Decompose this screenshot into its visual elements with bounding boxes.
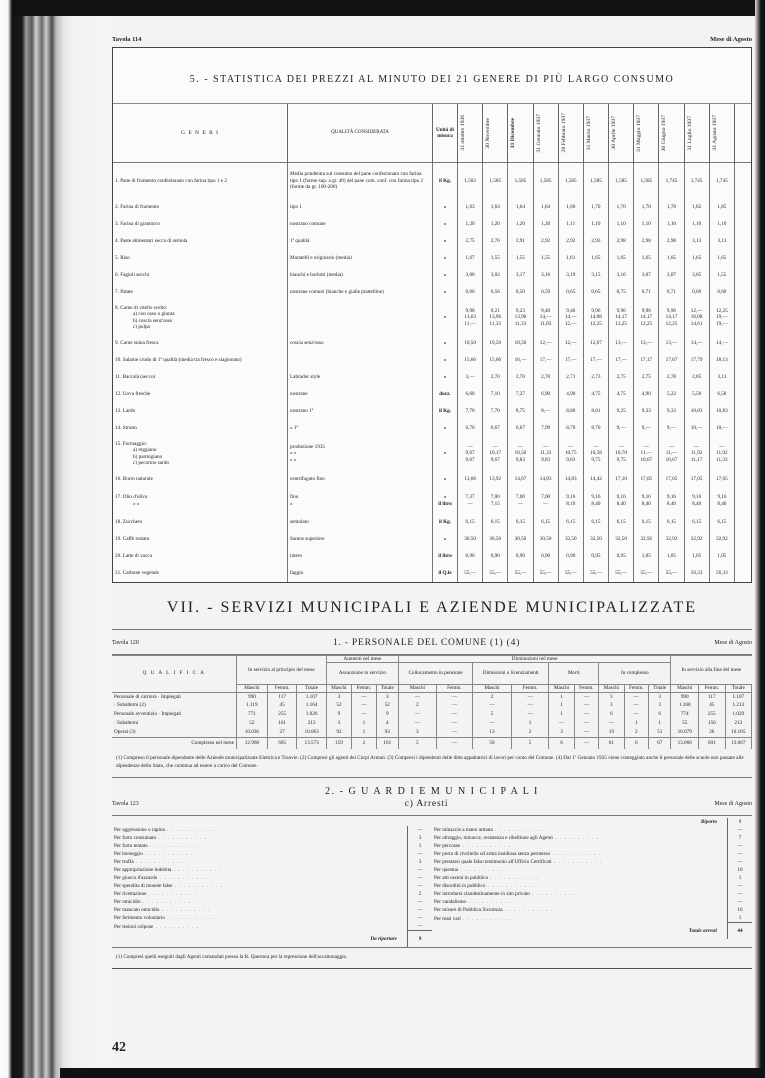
total-value: 44 <box>728 923 753 939</box>
price-value: 8,40 <box>636 501 656 508</box>
genere-cell: 11. Baccalà (secco) <box>113 369 288 386</box>
price-cell: 10,50 <box>483 335 508 352</box>
value-cell: — <box>624 701 648 710</box>
price-cell: 0,71 <box>659 284 684 301</box>
leader-dots: . . . . . . . . . . . <box>461 916 512 922</box>
price-cell: 3,15 <box>583 267 608 284</box>
price-cell: 13,— <box>609 335 634 352</box>
value-cell: — <box>436 719 472 728</box>
price-cell: 1,65 <box>684 250 709 267</box>
unita-cell: » <box>433 352 458 369</box>
price-cell: 0,65 <box>558 284 583 301</box>
arrest-label: Per lesioni colpose . . . . . . . . . . … <box>112 922 408 931</box>
price-cell: 2,78 <box>659 369 684 386</box>
price-value: — <box>460 501 480 508</box>
leader-dots: . . . . . . . . . . . <box>503 907 554 913</box>
value-cell: 6 <box>549 737 574 749</box>
price-cell: 6,15 <box>533 514 558 531</box>
list-item: Per misure di Pubblica Sicurezza . . . .… <box>432 906 752 914</box>
price-cell: 10,83 <box>709 403 734 420</box>
price-cell: 1,585 <box>533 163 558 199</box>
price-value: 11,17 <box>687 457 707 464</box>
arrest-count: 2 <box>408 890 433 898</box>
value-cell: — <box>399 719 437 728</box>
price-cell: 7,70 <box>483 403 508 420</box>
price-cell: 2,98 <box>659 233 684 250</box>
price-value: 8,40 <box>586 501 606 508</box>
value-cell: 117 <box>267 692 297 701</box>
price-cell: 6,15 <box>634 514 659 531</box>
price-cell: 9,— <box>634 420 659 437</box>
value-cell: 55 <box>671 719 699 728</box>
price-cell: 0,90 <box>533 548 558 565</box>
value-cell: — <box>436 692 472 701</box>
price-cell: 6,15 <box>583 514 608 531</box>
price-cell: 13,66 <box>458 471 483 488</box>
gender-column-header: Femm. <box>511 685 548 693</box>
value-cell: — <box>473 701 512 710</box>
price-cell: —11,9211,17 <box>684 437 709 471</box>
price-value: 19,— <box>712 321 732 328</box>
value-cell: — <box>436 710 472 719</box>
arrest-label: Per furto consumato . . . . . . . . . . … <box>112 834 408 842</box>
price-cell: 3,13 <box>709 369 734 386</box>
value-cell: — <box>574 701 598 710</box>
qualita-cell <box>288 352 433 369</box>
value-cell: 2 <box>511 728 548 737</box>
qualita-cell: nostrane <box>288 386 433 403</box>
price-cell: 3,16 <box>609 267 634 284</box>
unita-cell: » <box>433 369 458 386</box>
price-cell: 1,745 <box>684 163 709 199</box>
list-item: Per truffa . . . . . . . . . . .3 <box>112 858 432 866</box>
price-cell: 8,75 <box>508 403 533 420</box>
value-cell: 1 <box>624 719 648 728</box>
genere-label: 20. Latte di vacca <box>115 553 285 560</box>
arrest-label: Per truffa . . . . . . . . . . . <box>112 858 408 866</box>
leader-dots: . . . . . . . . . . . <box>165 827 216 833</box>
price-cell: 1,585 <box>583 163 608 199</box>
value-cell: 13.066 <box>671 737 699 749</box>
gender-column-header: Femm. <box>436 685 472 693</box>
value-cell: 2 <box>352 737 376 749</box>
scan-border-top <box>12 0 765 16</box>
value-cell: 1 <box>649 719 671 728</box>
unita-cell: » <box>433 531 458 548</box>
leader-dots: . . . . . . . . . . . <box>466 899 517 905</box>
table-row: 14. Strutto» 1ª»6,706,676,677,998,708,70… <box>113 420 751 437</box>
price-cell: 6,70 <box>458 420 483 437</box>
value-cell: 1 <box>352 728 376 737</box>
price-cell: —11,339,83 <box>533 437 558 471</box>
list-item: Per lesioni colpose . . . . . . . . . . … <box>112 922 432 931</box>
unita-cell: dozz. <box>433 386 458 403</box>
leader-dots: . . . . . . . . . . . <box>488 875 539 881</box>
col-generi: G E N E R I <box>113 104 288 163</box>
price-cell: 1,65 <box>709 250 734 267</box>
genere-sublabel: c) polpa <box>115 324 285 331</box>
arrest-label-text: Per furto consumato <box>114 835 156 841</box>
col-assunzione: Assunzione in servizio <box>326 663 398 685</box>
gender-column-header: Totale <box>649 685 671 693</box>
list-item: Per furto consumato . . . . . . . . . . … <box>112 834 432 842</box>
arrest-label-text: Per appropriazione indebita <box>114 867 171 873</box>
price-cell: 3,07 <box>634 267 659 284</box>
arrest-count: — <box>408 882 433 890</box>
price-cell: 6,15 <box>659 514 684 531</box>
empty-cell <box>735 267 752 284</box>
value-cell: 3 <box>376 692 398 701</box>
price-value: 11,33 <box>485 321 505 328</box>
price-cell: 7,00— <box>508 488 533 514</box>
qualita-cell: semolato <box>288 514 433 531</box>
table-number: Tavola 120 <box>112 640 139 646</box>
arrest-count: — <box>408 914 433 922</box>
price-cell: 1,585 <box>609 163 634 199</box>
col-month: 30 Aprile 1937 <box>609 104 634 163</box>
price-cell: 9,— <box>609 420 634 437</box>
list-item: Per percosse . . . . . . . . . . .— <box>432 842 752 850</box>
arrest-count: — <box>728 826 753 834</box>
price-value: 10,67 <box>636 457 656 464</box>
value-cell: 19 <box>599 728 624 737</box>
value-cell: — <box>574 737 598 749</box>
price-cell: 30,50 <box>508 531 533 548</box>
leader-dots: . . . . . . . . . . . <box>550 851 601 857</box>
arrest-label-text: Per questua <box>434 867 458 873</box>
table-row: 17. Olio d'oliva» »fino»»il litro7,37—7,… <box>113 488 751 514</box>
value-cell: 10.063 <box>297 728 326 737</box>
price-cell: 1,70 <box>634 199 659 216</box>
arresti-footnote: (1) Compresi quelli eseguiti dagli Agent… <box>112 948 752 969</box>
leader-dots: . . . . . . . . . . . <box>146 891 197 897</box>
list-item: Per borseggio . . . . . . . . . . .— <box>112 850 432 858</box>
price-cell: 9,168,10 <box>558 488 583 514</box>
price-cell: 0,56 <box>483 284 508 301</box>
value-cell: 52 <box>237 719 268 728</box>
value-cell: 1 <box>511 719 548 728</box>
genere-cell: 4. Paste alimentari secca di semola <box>113 233 288 250</box>
col-month: 31 ottobre 1936 <box>458 104 483 163</box>
total-row: Complesso nel mese12.96860513.5731592161… <box>112 737 752 749</box>
qualita-cell: nostrano 1ª <box>288 403 433 420</box>
gender-column-header: Femm. <box>352 685 376 693</box>
arrest-label: Per introdursi clandestinamente in sito … <box>432 890 728 898</box>
arresti-header: Tavola 123 c) Arresti Mese di Agosto <box>112 797 752 816</box>
price-cell: 5,22 <box>659 386 684 403</box>
price-cell: 13,— <box>634 335 659 352</box>
leader-dots: . . . . . . . . . . . <box>134 859 185 865</box>
value-cell: 45 <box>699 701 726 710</box>
value-cell: 1.107 <box>725 692 751 701</box>
price-cell: 1,11 <box>558 216 583 233</box>
price-cell: 2,71 <box>558 369 583 386</box>
value-cell: 67 <box>649 737 671 749</box>
price-cell: —10,509,83 <box>508 437 533 471</box>
price-cell: 12,67 <box>583 335 608 352</box>
price-cell: 13,92 <box>483 471 508 488</box>
value-cell: — <box>473 719 512 728</box>
genere-cell: 20. Latte di vacca <box>113 548 288 565</box>
gender-column-header: Maschi <box>326 685 351 693</box>
qualita-line: » <box>290 501 430 508</box>
value-cell: 26 <box>699 728 726 737</box>
qualita-line: » » <box>290 457 430 464</box>
price-cell: 14,42 <box>583 471 608 488</box>
value-cell: 1 <box>549 692 574 701</box>
unita-cell: il litro <box>433 548 458 565</box>
arrest-label: Per furto tentato . . . . . . . . . . . <box>112 842 408 850</box>
price-cell: 9,33 <box>634 403 659 420</box>
price-cell: —11,—10,67 <box>659 437 684 471</box>
price-value: 11,33 <box>712 457 732 464</box>
list-item: Per atti osceni in pubblico . . . . . . … <box>432 874 752 882</box>
price-cell: 2,70 <box>483 369 508 386</box>
prices-table-box: 5. - STATISTICA DEI PREZZI AL MINUTO DEI… <box>112 47 752 583</box>
qualita-cell: produzione 1935» »» » <box>288 437 433 471</box>
value-cell: 5 <box>511 737 548 749</box>
gender-column-header: Maschi <box>671 685 699 693</box>
value-cell: 117 <box>699 692 726 701</box>
gender-column-header: Maschi <box>473 685 512 693</box>
price-cell: 17,05 <box>709 471 734 488</box>
price-cell: 1,20 <box>483 216 508 233</box>
arrest-count: — <box>728 898 753 906</box>
price-cell: 12,— <box>533 335 558 352</box>
price-cell: 1,585 <box>508 163 533 199</box>
value-cell: 3 <box>649 701 671 710</box>
arrest-count: — <box>408 826 433 834</box>
table-row: 13. Lardonostrano 1ªil Kg.7,707,708,758,… <box>113 403 751 420</box>
personale-footnote: (1) Compreso il personale dipendente del… <box>112 749 752 778</box>
price-cell: 3,19 <box>558 267 583 284</box>
value-cell: 61 <box>599 737 624 749</box>
qualifica-cell: Personale avventizio · Impiegati <box>112 710 237 719</box>
price-cell: 2,75 <box>609 369 634 386</box>
empty-cell <box>735 548 752 565</box>
riporto-label: Riporto <box>432 818 728 826</box>
genere-label: 1. Pane di frumento confezionato con far… <box>115 178 285 185</box>
price-cell: —9,679,67 <box>458 437 483 471</box>
price-cell: 10,50 <box>458 335 483 352</box>
arrest-count: — <box>728 882 753 890</box>
arrest-count: 1 <box>408 842 433 850</box>
value-cell: 10.079 <box>671 728 699 737</box>
prices-table: G E N E R I QUALITÀ CONSIDERATA Unità di… <box>113 104 751 582</box>
arrest-label: Per mancato omicidio . . . . . . . . . .… <box>112 906 408 914</box>
empty-cell <box>735 301 752 335</box>
arrest-count: — <box>408 874 433 882</box>
gender-column-header: Femm. <box>624 685 648 693</box>
price-cell: 1,78 <box>659 199 684 216</box>
price-cell: —11,—10,67 <box>634 437 659 471</box>
price-cell: 17,— <box>533 352 558 369</box>
value-cell: 13.573 <box>297 737 326 749</box>
price-cell: 32,92 <box>634 531 659 548</box>
qualita-cell: nostrano comune <box>288 216 433 233</box>
unita-cell: » <box>433 471 458 488</box>
price-cell: —10,759,83 <box>558 437 583 471</box>
table-row: 15. Formaggio:a) reggianob) parmigianoc)… <box>113 437 751 471</box>
col-unita: Unità di misura <box>433 104 458 163</box>
col-month: 30 Novembre <box>483 104 508 163</box>
genere-cell: 7. Patate <box>113 284 288 301</box>
col-month: 31 Agosto 1937 <box>709 104 734 163</box>
price-value: 9,83 <box>510 457 530 464</box>
leader-dots: . . . . . . . . . . . <box>173 883 224 889</box>
price-value: 12,25 <box>611 321 631 328</box>
price-cell: 9,168,40 <box>684 488 709 514</box>
genere-label: 7. Patate <box>115 289 285 296</box>
price-cell: 15,66 <box>483 352 508 369</box>
col-month: 31 Dicembre <box>508 104 533 163</box>
price-cell: 1,55 <box>533 250 558 267</box>
price-cell: 3,— <box>458 369 483 386</box>
genere-cell: 3. Farina di granturco <box>113 216 288 233</box>
col-collocamento: Collocamento in pensione <box>399 663 473 685</box>
table-row: 12. Uova freschenostranedozz.6,607,107,2… <box>113 386 751 403</box>
price-cell: 1,82 <box>684 199 709 216</box>
gender-column-header: Maschi <box>549 685 574 693</box>
table-row: 8. Carne di vitello scelto:a) con osso o… <box>113 301 751 335</box>
value-cell: 45 <box>267 701 297 710</box>
document-page: Tavola 114 Mese di Agosto 5. - STATISTIC… <box>112 36 752 1068</box>
price-cell: 9,168,40 <box>583 488 608 514</box>
table-row: 20. Latte di vaccainteroil litro0,900,90… <box>113 548 751 565</box>
price-cell: 15,66 <box>458 352 483 369</box>
price-cell: 30,50 <box>483 531 508 548</box>
leader-dots: . . . . . . . . . . . <box>160 907 211 913</box>
value-cell: 3 <box>549 728 574 737</box>
value-cell: 601 <box>699 737 726 749</box>
price-cell: 3,13 <box>709 233 734 250</box>
price-value: 10,67 <box>661 457 681 464</box>
price-cell: 1,05 <box>659 548 684 565</box>
price-cell: 1,745 <box>659 163 684 199</box>
genere-label: 4. Paste alimentari secca di semola <box>115 238 285 245</box>
value-cell: 159 <box>326 737 351 749</box>
unita-cell: » <box>433 216 458 233</box>
genere-cell: 2. Farina di frumento <box>113 199 288 216</box>
scan-border-bottom <box>60 1068 765 1078</box>
list-item: Per reati vari . . . . . . . . . . .1 <box>432 914 752 923</box>
leader-dots: . . . . . . . . . . . <box>165 915 216 921</box>
price-value: 9,67 <box>485 457 505 464</box>
leader-dots: . . . . . . . . . . . <box>460 843 511 849</box>
value-cell: 12.968 <box>237 737 268 749</box>
list-item: Per aggressione o rapina . . . . . . . .… <box>112 826 432 834</box>
price-cell: 2,85 <box>684 369 709 386</box>
price-cell: 9,9614,0812,25 <box>583 301 608 335</box>
value-cell: 10.036 <box>237 728 268 737</box>
arrest-label-text: Per atti osceni in pubblico <box>434 875 488 881</box>
price-cell: 9,9614,1712,25 <box>659 301 684 335</box>
arrest-label-text: Per ferimento volontario <box>114 915 165 921</box>
col-empty <box>735 104 752 163</box>
arrest-count: 1 <box>728 914 753 923</box>
arrest-count: — <box>728 842 753 850</box>
table-row: 4. Paste alimentari secca di semola1ª qu… <box>113 233 751 250</box>
value-cell: 9 <box>376 710 398 719</box>
price-cell: 1,85 <box>709 199 734 216</box>
empty-cell <box>735 471 752 488</box>
qualita-cell: Labrador style <box>288 369 433 386</box>
arrest-label-text: Per mancato omicidio <box>114 907 160 913</box>
price-value: 11,33 <box>510 321 530 328</box>
list-item: Per mancato omicidio . . . . . . . . . .… <box>112 906 432 914</box>
price-cell: 17,17 <box>634 352 659 369</box>
price-cell: 14,— <box>709 335 734 352</box>
book-spine-edge <box>0 0 110 1078</box>
value-cell: 161 <box>376 737 398 749</box>
arrest-count: 7 <box>728 834 753 842</box>
table-row: Personale avventizio · Impiegati7712551.… <box>112 710 752 719</box>
price-cell: 55,— <box>609 565 634 582</box>
table-row: Personale di carriera · Impiegati9901171… <box>112 692 752 701</box>
table-row: 1. Pane di frumento confezionato con far… <box>113 163 751 199</box>
total-label: Complesso nel mese <box>112 737 237 749</box>
price-cell: 1,70 <box>609 199 634 216</box>
price-cell: 2,92 <box>558 233 583 250</box>
table-row: 19. Caffè tostatoSantos superiore»30,503… <box>113 531 751 548</box>
price-cell: 0,95 <box>583 548 608 565</box>
price-cell: 0,50 <box>508 284 533 301</box>
value-cell: 990 <box>671 692 699 701</box>
list-item: Per disordini in pubblico . . . . . . . … <box>432 882 752 890</box>
qualita-cell <box>288 301 433 335</box>
price-value: 9,83 <box>536 457 556 464</box>
value-cell: 156 <box>699 719 726 728</box>
value-cell: 1.213 <box>725 701 751 710</box>
price-cell: 17,67 <box>659 352 684 369</box>
genere-label: 10. Salame crudo di 1ª qualità (media tr… <box>115 357 285 364</box>
list-item: Per prestarsi quale falso testimonio all… <box>432 858 752 866</box>
price-cell: 9,— <box>659 420 684 437</box>
price-cell: 6,15 <box>483 514 508 531</box>
price-cell: 3,16 <box>533 267 558 284</box>
value-cell: 774 <box>671 710 699 719</box>
price-cell: 6,15 <box>709 514 734 531</box>
price-cell: —10,589,75 <box>583 437 608 471</box>
unita-cell: » <box>433 267 458 284</box>
qualita-cell: Maratelli e originario (media) <box>288 250 433 267</box>
value-cell: — <box>574 728 598 737</box>
qualita-cell: 1ª qualità <box>288 233 433 250</box>
price-cell: 55,— <box>508 565 533 582</box>
price-cell: 1,61 <box>558 250 583 267</box>
value-cell: 13.667 <box>725 737 751 749</box>
empty-cell <box>735 531 752 548</box>
price-cell: 32,92 <box>659 531 684 548</box>
value-cell: 2 <box>473 692 512 701</box>
arrest-label-text: Per spendita di monete false <box>114 883 173 889</box>
riporto-value: 9 <box>728 818 753 826</box>
price-cell: 32,50 <box>558 531 583 548</box>
arrest-label-text: Per reati vari <box>434 916 461 922</box>
price-cell: 17,79 <box>684 352 709 369</box>
arrest-label: Per atti osceni in pubblico . . . . . . … <box>432 874 728 882</box>
arrest-label-text: Per prestarsi quale falso testimonio all… <box>434 859 552 865</box>
price-cell: 6,60 <box>458 386 483 403</box>
empty-cell <box>735 420 752 437</box>
page-number: 42 <box>112 1040 126 1056</box>
list-item: Per giuoco d'azzardo . . . . . . . . . .… <box>112 874 432 882</box>
price-cell: 55,— <box>558 565 583 582</box>
price-value: 11,— <box>460 321 480 328</box>
price-cell: 2,75 <box>458 233 483 250</box>
value-cell: 255 <box>699 710 726 719</box>
value-cell: 52 <box>326 701 351 710</box>
